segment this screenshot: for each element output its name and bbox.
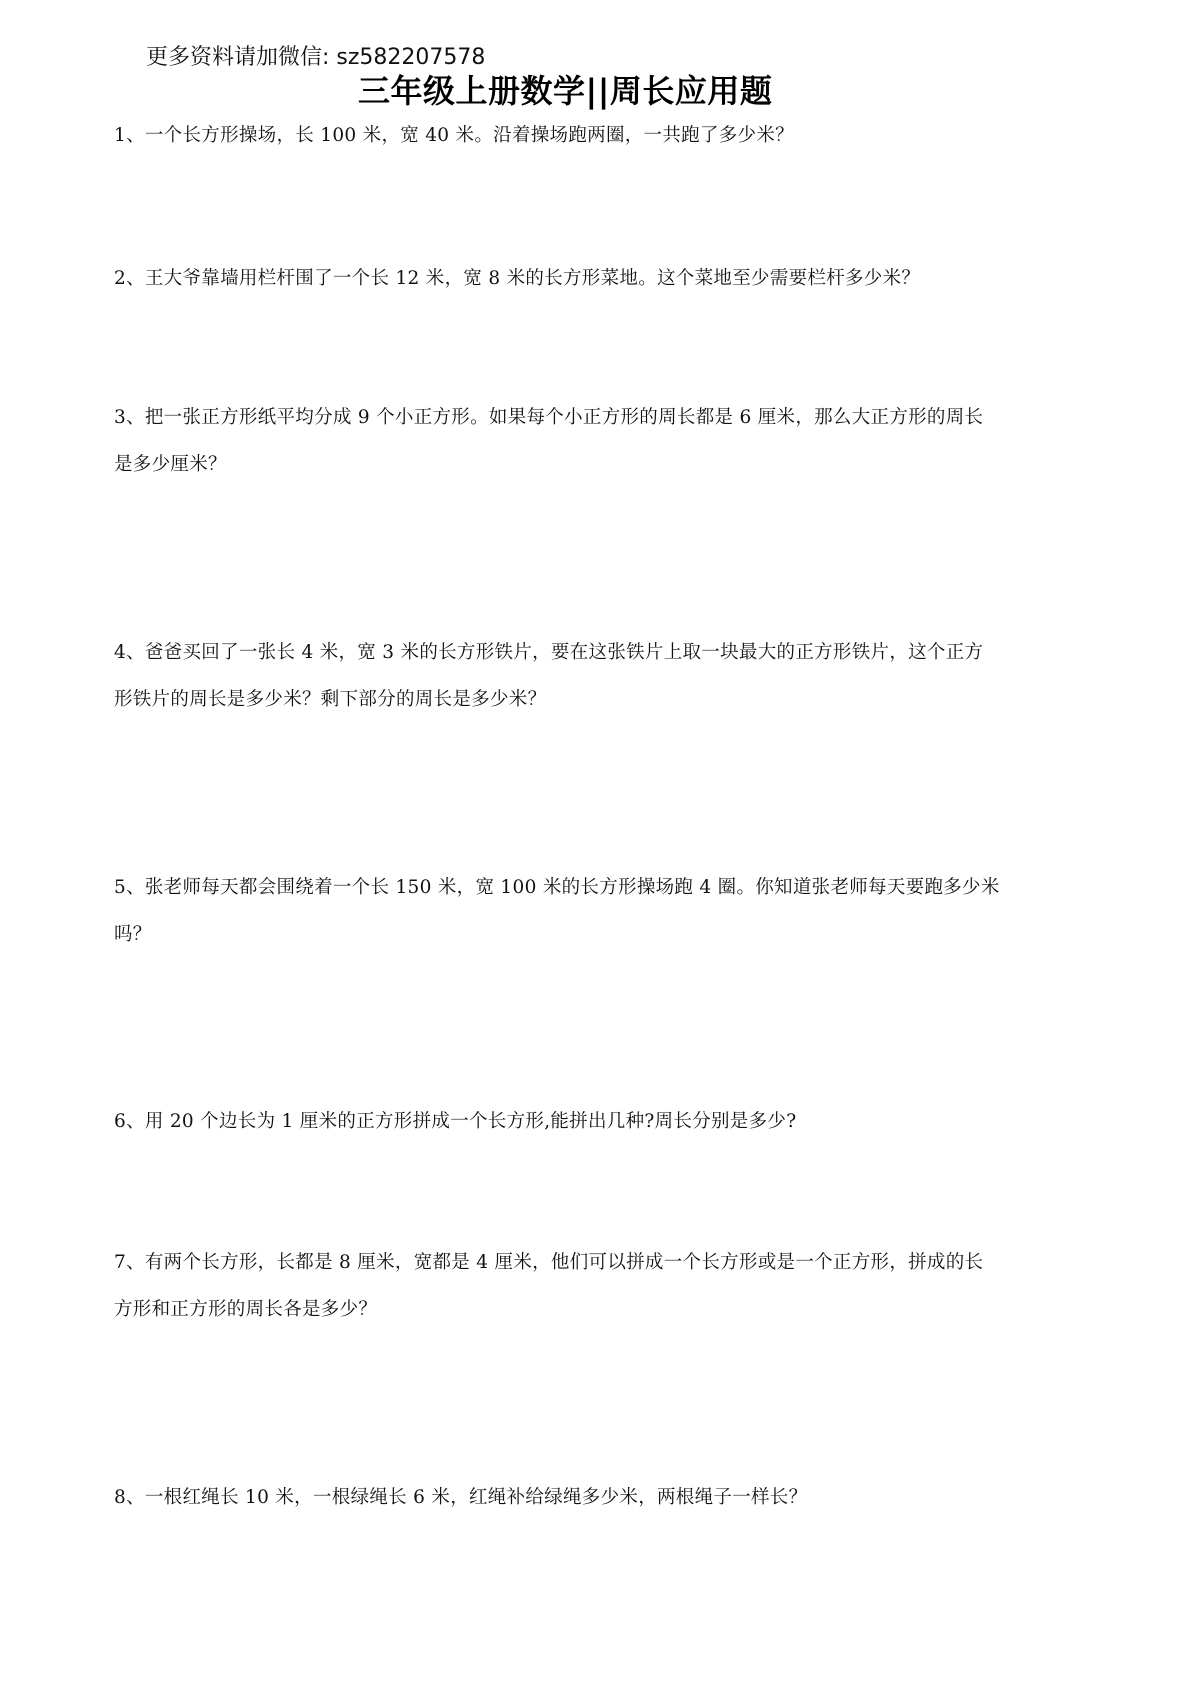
question-7: 7、有两个长方形，长都是 8 厘米，宽都是 4 厘米，他们可以拼成一个长方形或是… (114, 1239, 983, 1333)
question-6: 6、用 20 个边长为 1 厘米的正方形拼成一个长方形,能拼出几种?周长分别是多… (114, 1098, 796, 1145)
question-text-continued: 是多少厘米？ (114, 441, 983, 488)
question-text-continued: 形铁片的周长是多少米？剩下部分的周长是多少米？ (114, 676, 983, 723)
question-text: 3、把一张正方形纸平均分成 9 个小正方形。如果每个小正方形的周长都是 6 厘米… (114, 394, 983, 441)
question-text: 6、用 20 个边长为 1 厘米的正方形拼成一个长方形,能拼出几种?周长分别是多… (114, 1098, 796, 1145)
question-4: 4、爸爸买回了一张长 4 米，宽 3 米的长方形铁片，要在这张铁片上取一块最大的… (114, 629, 983, 723)
question-text-continued: 吗？ (114, 911, 1000, 958)
question-3: 3、把一张正方形纸平均分成 9 个小正方形。如果每个小正方形的周长都是 6 厘米… (114, 394, 983, 488)
question-1: 1、一个长方形操场，长 100 米，宽 40 米。沿着操场跑两圈，一共跑了多少米… (114, 112, 794, 159)
question-2: 2、王大爷靠墙用栏杆围了一个长 12 米，宽 8 米的长方形菜地。这个菜地至少需… (114, 255, 920, 302)
question-text: 5、张老师每天都会围绕着一个长 150 米，宽 100 米的长方形操场跑 4 圈… (114, 864, 1000, 911)
question-5: 5、张老师每天都会围绕着一个长 150 米，宽 100 米的长方形操场跑 4 圈… (114, 864, 1000, 958)
question-text: 1、一个长方形操场，长 100 米，宽 40 米。沿着操场跑两圈，一共跑了多少米… (114, 112, 794, 159)
question-8: 8、一根红绳长 10 米，一根绿绳长 6 米，红绳补给绿绳多少米，两根绳子一样长… (114, 1474, 807, 1521)
page-title: 三年级上册数学||周长应用题 (358, 66, 772, 112)
question-text-continued: 方形和正方形的周长各是多少？ (114, 1286, 983, 1333)
question-text: 8、一根红绳长 10 米，一根绿绳长 6 米，红绳补给绿绳多少米，两根绳子一样长… (114, 1474, 807, 1521)
question-text: 2、王大爷靠墙用栏杆围了一个长 12 米，宽 8 米的长方形菜地。这个菜地至少需… (114, 255, 920, 302)
question-text: 7、有两个长方形，长都是 8 厘米，宽都是 4 厘米，他们可以拼成一个长方形或是… (114, 1239, 983, 1286)
question-text: 4、爸爸买回了一张长 4 米，宽 3 米的长方形铁片，要在这张铁片上取一块最大的… (114, 629, 983, 676)
